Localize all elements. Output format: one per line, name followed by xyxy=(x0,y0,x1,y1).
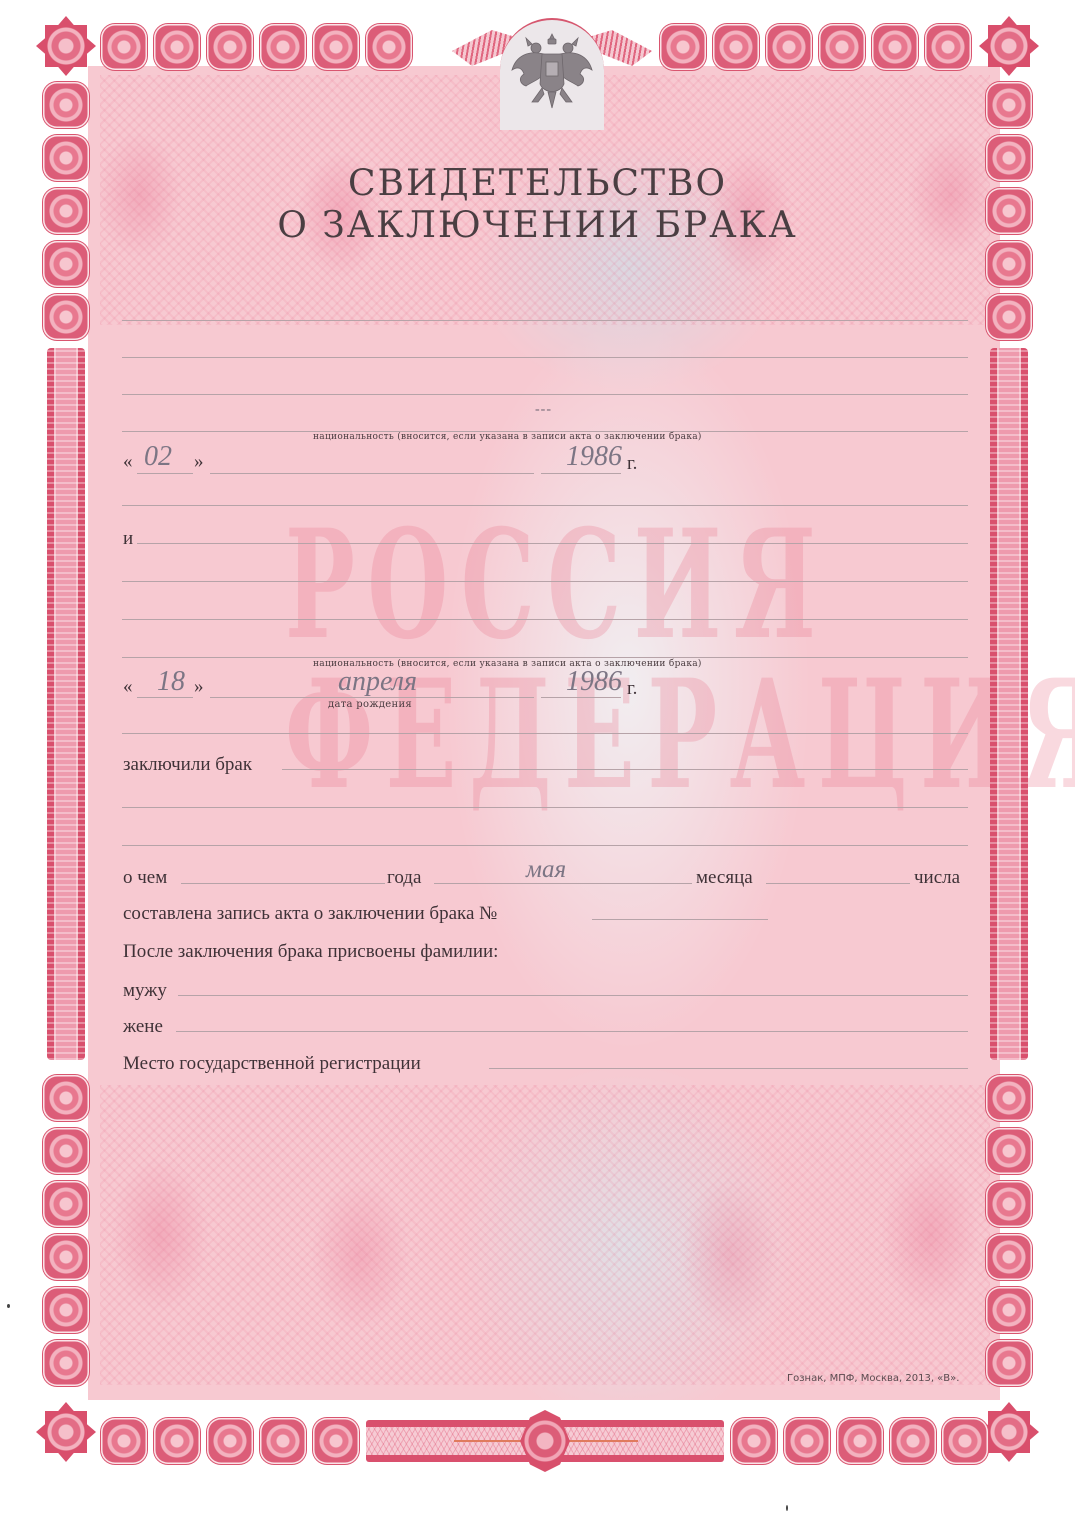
border-rosette-icon xyxy=(713,24,759,70)
border-rosette-icon xyxy=(819,24,865,70)
spouse1-name-line[interactable] xyxy=(122,357,968,358)
border-rosette-icon xyxy=(986,294,1032,340)
border-rosette-icon xyxy=(986,82,1032,128)
record-year-line[interactable] xyxy=(181,883,385,884)
corner-rosette-icon xyxy=(979,16,1039,76)
spouse2-birth-year: 1986 xyxy=(566,666,622,698)
spouse1-quote-open: « xyxy=(123,451,133,473)
border-rosette-icon xyxy=(986,1128,1032,1174)
border-rosette-icon xyxy=(207,24,253,70)
scan-speck xyxy=(786,1505,788,1511)
spouse1-surname-line[interactable] xyxy=(122,320,968,321)
spouse2-line-1[interactable] xyxy=(122,505,968,506)
corner-rosette-icon xyxy=(36,16,96,76)
husband-label: мужу xyxy=(123,980,167,1002)
printer-imprint: Гознак, МПФ, Москва, 2013, «В». xyxy=(787,1373,959,1384)
guilloche-pattern-bottom xyxy=(100,1085,990,1385)
certificate-subtitle: О ЗАКЛЮЧЕНИИ БРАКА xyxy=(0,205,1075,246)
spouse1-birth-day: 02 xyxy=(144,441,172,473)
certificate-sheet: РОССИЯ ФЕДЕРАЦИЯ СВИДЕТЕЛЬСТВО О ЗАКЛЮЧЕ… xyxy=(0,0,1075,1517)
border-rail xyxy=(47,348,85,1060)
border-rosette-icon xyxy=(986,1234,1032,1280)
border-rosette-icon xyxy=(43,1234,89,1280)
spouse1-month-line[interactable] xyxy=(210,473,534,474)
scan-speck xyxy=(7,1304,10,1308)
connector-and: и xyxy=(123,528,133,550)
border-rosette-icon xyxy=(925,24,971,70)
border-rosette-icon xyxy=(313,24,359,70)
band-line-left xyxy=(454,1440,526,1442)
border-rosette-icon xyxy=(260,24,306,70)
record-number-label: составлена запись акта о заключении брак… xyxy=(123,903,497,925)
corner-rosette-icon xyxy=(36,1402,96,1462)
corner-rosette-icon xyxy=(979,1402,1039,1462)
spouse2-nationality-line[interactable] xyxy=(122,657,968,658)
record-month-value: мая xyxy=(526,856,566,884)
border-rosette-icon xyxy=(43,1340,89,1386)
border-rosette-icon xyxy=(154,24,200,70)
border-rosette-icon xyxy=(43,1128,89,1174)
record-day-line[interactable] xyxy=(766,883,910,884)
spouse1-nationality-caption: национальность (вносится, если указана в… xyxy=(313,432,702,442)
border-rosette-icon xyxy=(837,1418,883,1464)
spouse2-year-suffix: г. xyxy=(627,678,637,700)
border-rosette-icon xyxy=(43,1287,89,1333)
spouse1-day-line[interactable] xyxy=(137,473,193,474)
certificate-title: СВИДЕТЕЛЬСТВО xyxy=(0,163,1075,204)
border-rail xyxy=(990,348,1028,1060)
spouse2-birth-date-caption: дата рождения xyxy=(328,699,412,710)
spouse2-quote-open: « xyxy=(123,676,133,698)
border-rosette-icon xyxy=(784,1418,830,1464)
spouse1-year-line[interactable] xyxy=(541,473,621,474)
spouse2-name-line[interactable] xyxy=(122,581,968,582)
border-rosette-icon xyxy=(872,24,918,70)
record-month-label: месяца xyxy=(696,867,753,889)
border-rosette-icon xyxy=(986,1075,1032,1121)
record-day-label: числа xyxy=(914,867,960,889)
border-rosette-icon xyxy=(660,24,706,70)
wife-label: жене xyxy=(123,1016,163,1038)
border-rosette-icon xyxy=(731,1418,777,1464)
border-rosette-icon xyxy=(260,1418,306,1464)
record-year-label: года xyxy=(387,867,421,889)
border-rosette-icon xyxy=(986,241,1032,287)
border-rosette-icon xyxy=(986,1340,1032,1386)
spouse2-birth-month: апреля xyxy=(338,666,417,698)
border-rosette-icon xyxy=(986,1287,1032,1333)
border-rosette-icon xyxy=(942,1418,988,1464)
registration-place-label: Место государственной регистрации xyxy=(123,1053,421,1075)
marriage-date-line[interactable] xyxy=(282,769,968,770)
border-rosette-icon xyxy=(43,82,89,128)
spouse1-patronymic-line[interactable] xyxy=(122,394,968,395)
spouse2-birth-day: 18 xyxy=(157,666,185,698)
spouse2-patronymic-line[interactable] xyxy=(122,619,968,620)
border-rosette-icon xyxy=(154,1418,200,1464)
married-label: заключили брак xyxy=(123,754,252,776)
border-rosette-icon xyxy=(43,241,89,287)
marriage-line-4[interactable] xyxy=(122,845,968,846)
double-headed-eagle-icon xyxy=(508,26,596,122)
wife-surname-line[interactable] xyxy=(176,1031,968,1032)
spouse2-surname-line[interactable] xyxy=(137,543,968,544)
border-rosette-icon xyxy=(43,1181,89,1227)
border-rosette-icon xyxy=(313,1418,359,1464)
watermark-russia: РОССИЯ xyxy=(285,510,828,660)
record-prefix-label: о чем xyxy=(123,867,167,889)
border-rosette-icon xyxy=(101,24,147,70)
spouse1-year-suffix: г. xyxy=(627,453,637,475)
registration-place-line[interactable] xyxy=(489,1068,968,1069)
spouse2-quote-close: » xyxy=(194,676,204,698)
spouse1-quote-close: » xyxy=(194,451,204,473)
marriage-line-3[interactable] xyxy=(122,807,968,808)
spouse1-nationality-value: --- xyxy=(535,402,552,418)
husband-surname-line[interactable] xyxy=(178,995,968,996)
border-rosette-icon xyxy=(366,24,412,70)
spouse1-birth-year: 1986 xyxy=(566,441,622,473)
border-rosette-icon xyxy=(207,1418,253,1464)
surnames-label: После заключения брака присвоены фамилии… xyxy=(123,941,498,963)
band-line-right xyxy=(566,1440,638,1442)
record-number-line[interactable] xyxy=(592,919,768,920)
border-rosette-icon xyxy=(986,1181,1032,1227)
border-rosette-icon xyxy=(43,1075,89,1121)
border-rosette-icon xyxy=(43,294,89,340)
border-rosette-icon xyxy=(890,1418,936,1464)
border-rosette-icon xyxy=(766,24,812,70)
marriage-line-1[interactable] xyxy=(122,733,968,734)
border-rosette-icon xyxy=(101,1418,147,1464)
